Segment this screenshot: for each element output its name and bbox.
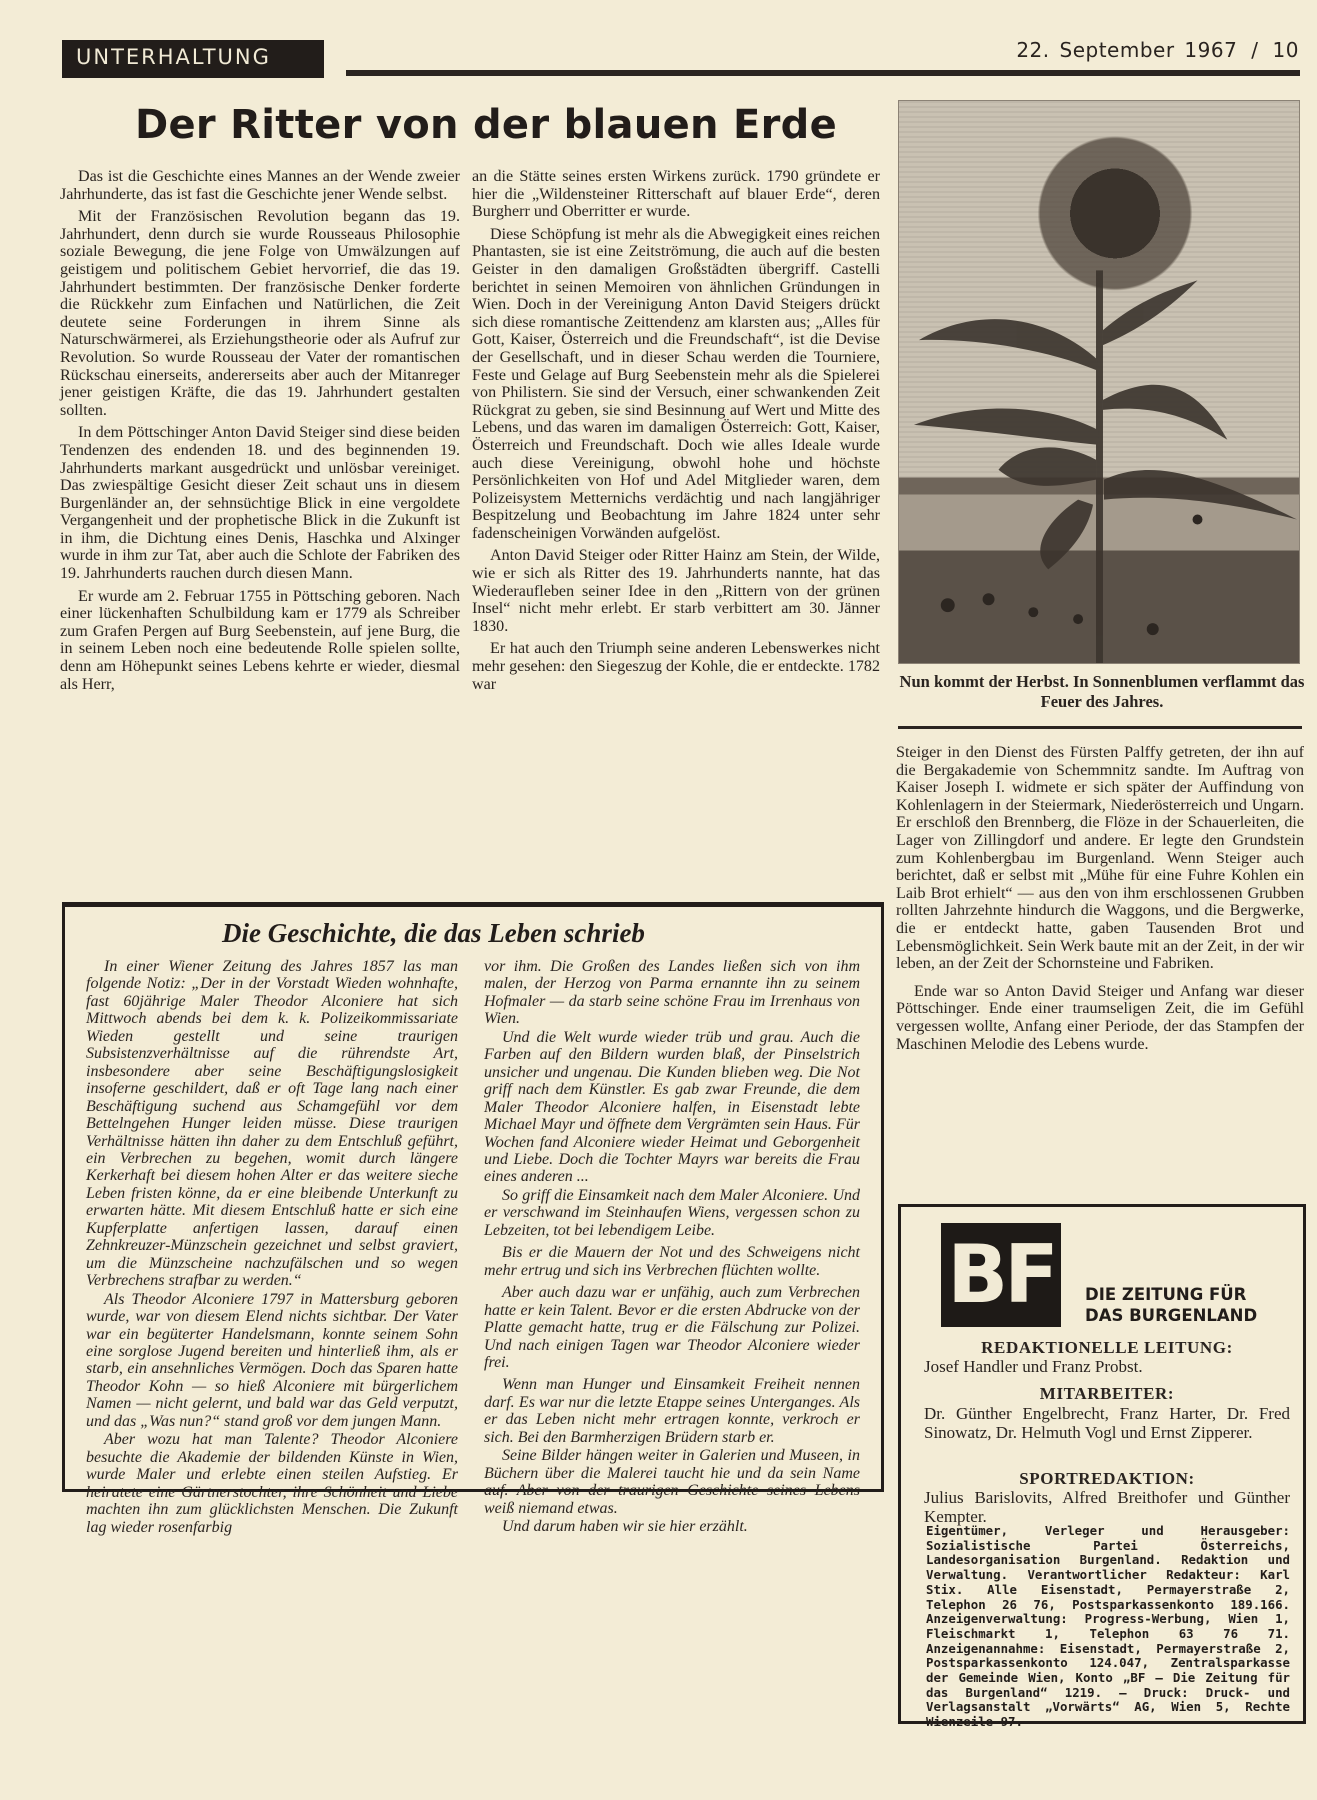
editorial-heading: REDAKTIONELLE LEITUNG: bbox=[924, 1338, 1290, 1357]
article-paragraph: an die Stätte seines ersten Wirkens zurü… bbox=[472, 168, 880, 221]
story-paragraph: In einer Wiener Zeitung des Jahres 1857 … bbox=[86, 958, 458, 1290]
article-paragraph: Er hat auch den Triumph seine anderen Le… bbox=[472, 640, 880, 693]
story-paragraph: Als Theodor Alconiere 1797 in Mattersbur… bbox=[86, 1291, 458, 1431]
story-paragraph: So griff die Einsamkeit nach dem Maler A… bbox=[484, 1187, 860, 1239]
legal-imprint: Eigentümer, Verleger und Herausgeber: So… bbox=[926, 1524, 1290, 1730]
article-paragraph: In dem Pöttschinger Anton David Steiger … bbox=[60, 424, 460, 582]
article-paragraph: Anton David Steiger oder Ritter Hainz am… bbox=[472, 547, 880, 635]
tagline-line: DAS BURGENLAND bbox=[1085, 1305, 1257, 1326]
story-paragraph: Wenn man Hunger und Einsamkeit Freiheit … bbox=[484, 1376, 860, 1446]
page-number: 10 bbox=[1273, 38, 1299, 62]
photo-caption: Nun kommt der Herbst. In Sonnenblumen ve… bbox=[890, 672, 1314, 712]
boxed-story-column-2: vor ihm. Die Großen des Landes ließen si… bbox=[484, 958, 860, 1537]
dateline: 22. September 1967/10 bbox=[1016, 38, 1299, 62]
caption-rule bbox=[898, 726, 1302, 729]
story-paragraph: Seine Bilder hängen weiter in Galerien u… bbox=[484, 1447, 860, 1517]
article-headline: Der Ritter von der blauen Erde bbox=[135, 102, 837, 148]
article-column-2: an die Stätte seines ersten Wirkens zurü… bbox=[472, 168, 880, 698]
editorial-names: Josef Handler und Franz Probst. bbox=[924, 1357, 1290, 1376]
story-paragraph: Aber wozu hat man Talente? Theodor Alcon… bbox=[86, 1431, 458, 1536]
newspaper-tagline: DIE ZEITUNG FÜR DAS BURGENLAND bbox=[1085, 1284, 1257, 1326]
sports-names: Julius Barislovits, Alfred Breithofer un… bbox=[924, 1488, 1290, 1526]
section-label: UNTERHALTUNG bbox=[62, 40, 324, 78]
boxed-story-column-1: In einer Wiener Zeitung des Jahres 1857 … bbox=[86, 958, 458, 1537]
boxed-story-title: Die Geschichte, die das Leben schrieb bbox=[222, 918, 645, 949]
article-column-3: Steiger in den Dienst des Fürsten Palffy… bbox=[896, 744, 1304, 1058]
article-column-1: Das ist die Geschichte eines Mannes an d… bbox=[60, 168, 460, 698]
bf-logo: BF bbox=[941, 1223, 1061, 1327]
article-paragraph: Ende war so Anton David Steiger und Anfa… bbox=[896, 983, 1304, 1053]
issue-date: 22. September 1967 bbox=[1016, 38, 1237, 62]
tagline-line: DIE ZEITUNG FÜR bbox=[1085, 1284, 1257, 1305]
sunflower-icon bbox=[899, 101, 1299, 663]
dateline-separator: / bbox=[1251, 38, 1258, 62]
article-paragraph: Mit der Französischen Revolution begann … bbox=[60, 208, 460, 419]
article-paragraph: Das ist die Geschichte eines Mannes an d… bbox=[60, 168, 460, 203]
story-paragraph: Aber auch dazu war er unfähig, auch zum … bbox=[484, 1284, 860, 1371]
story-paragraph: Und die Welt wurde wieder trüb und grau.… bbox=[484, 1029, 860, 1186]
story-paragraph: Bis er die Mauern der Not und des Schwei… bbox=[484, 1244, 860, 1279]
story-paragraph: vor ihm. Die Großen des Landes ließen si… bbox=[484, 958, 860, 1028]
article-paragraph: Steiger in den Dienst des Fürsten Palffy… bbox=[896, 744, 1304, 973]
story-paragraph: Und darum haben wir sie hier erzählt. bbox=[484, 1518, 860, 1535]
staff-names: Dr. Günther Engelbrecht, Franz Harter, D… bbox=[924, 1404, 1290, 1442]
sunflower-photo bbox=[898, 100, 1300, 664]
article-paragraph: Er wurde am 2. Februar 1755 in Pöttschin… bbox=[60, 588, 460, 694]
header-rule bbox=[346, 70, 1300, 76]
article-paragraph: Diese Schöpfung ist mehr als die Abwegig… bbox=[472, 226, 880, 543]
sports-heading: SPORTREDAKTION: bbox=[924, 1469, 1290, 1488]
staff-heading: MITARBEITER: bbox=[924, 1384, 1290, 1403]
